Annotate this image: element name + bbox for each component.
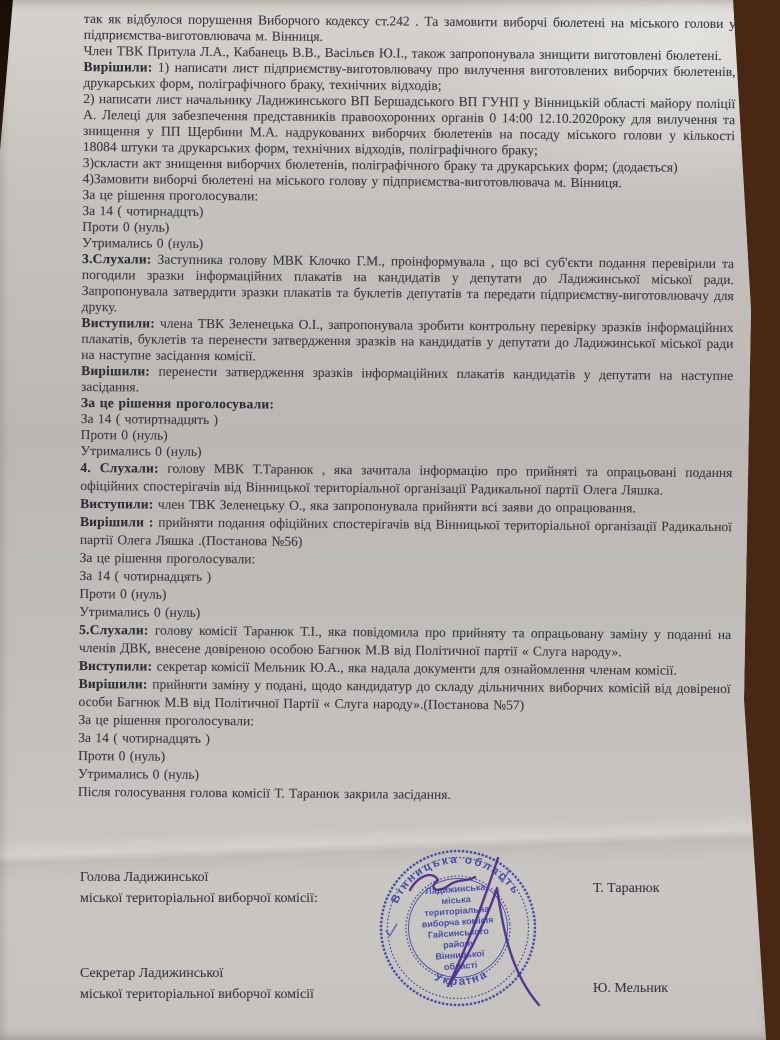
signature-role-line: міської територіальної виборчої комісії: [80, 984, 410, 1005]
signature-role-line: міської територіальної виборчої комісії:: [80, 888, 410, 909]
signature-name-secretary: Ю. Мельник: [593, 981, 668, 997]
svg-text:міська: міська: [441, 894, 472, 906]
signature-name-chairman: Т. Таранюк: [593, 881, 660, 897]
signature-role-chairman: Голова Ладижинської міської територіальн…: [80, 867, 410, 909]
stamp-arc-bottom-text: Україна: [432, 968, 491, 990]
signature-role-line: Секретар Ладижинської: [80, 963, 410, 984]
table-background: так як відбулося порушення Виборчого код…: [0, 0, 780, 1040]
signature-role-secretary: Секретар Ладижинської міської територіал…: [80, 963, 410, 1005]
stamp-ink: Вінницька область Україна Ладижинська мі…: [376, 846, 540, 1010]
document-page: так як відбулося порушення Виборчого код…: [0, 0, 780, 1040]
official-stamp: Вінницька область Україна Ладижинська мі…: [368, 838, 548, 1018]
signature-role-line: Голова Ладижинської: [80, 867, 410, 888]
svg-text:Україна: Україна: [432, 968, 491, 990]
